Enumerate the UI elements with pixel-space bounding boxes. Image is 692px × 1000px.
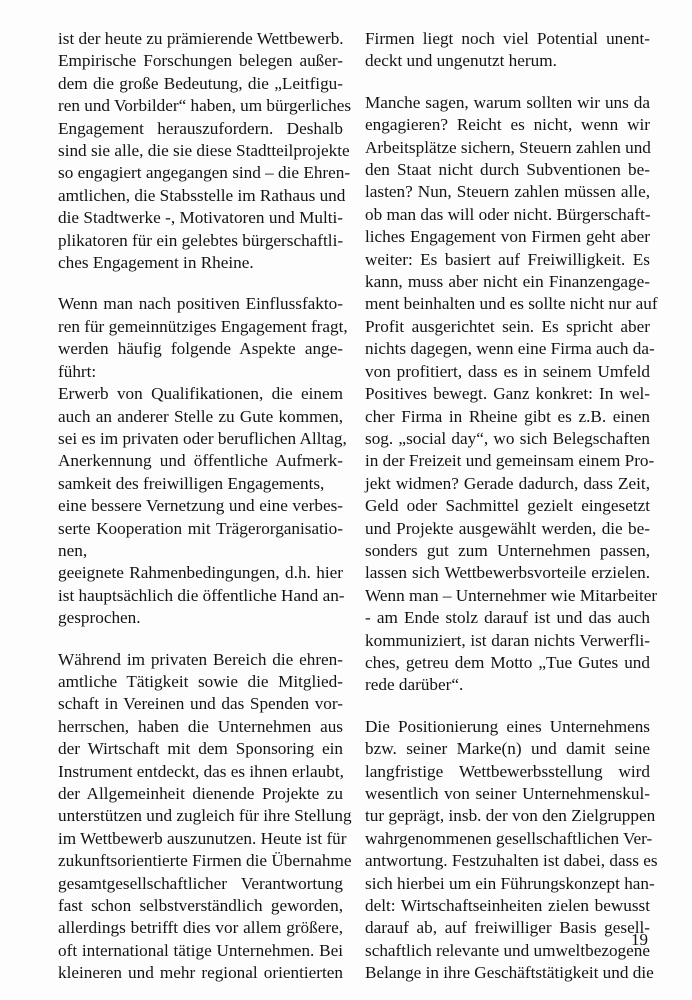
text-line: deckt und ungenutzt herum. — [365, 50, 650, 72]
text-line: sonders gut zum Unternehmen passen, — [365, 540, 650, 562]
text-line: gesprochen. — [58, 607, 343, 629]
text-line: kommuniziert, ist daran nichts Verwerfli… — [365, 630, 650, 652]
text-line: langfristige Wettbewerbsstellung wird — [365, 761, 650, 783]
paragraph: Die Positionierung eines Unternehmensbzw… — [365, 716, 650, 985]
text-line: Wenn man nach positiven Einflussfakto- — [58, 293, 343, 315]
text-line: nichts dagegen, wenn eine Firma auch da- — [365, 338, 650, 360]
text-line: eine bessere Vernetzung und eine verbes- — [58, 495, 343, 517]
text-line: so engagiert angegangen sind – die Ehren… — [58, 162, 343, 184]
document-page: ist der heute zu prämierende Wettbewerb.… — [0, 0, 692, 1000]
text-line: auch an anderer Stelle zu Gute kommen, — [58, 406, 343, 428]
text-line: Positives bewegt. Ganz konkret: In wel- — [365, 383, 650, 405]
text-line: in der Freizeit und gemeinsam einem Pro- — [365, 450, 650, 472]
text-line: Arbeitsplätze sichern, Steuern zahlen un… — [365, 137, 650, 159]
text-line: dem die große Bedeutung, die „Leitfigu- — [58, 73, 343, 95]
text-line: und Projekte ausgewählt werden, die be- — [365, 518, 650, 540]
text-line: tur geprägt, insb. der von den Zielgrupp… — [365, 805, 650, 827]
text-line: kann, muss aber nicht ein Finanzengage- — [365, 271, 650, 293]
text-line: geeignete Rahmenbedingungen, d.h. hier — [58, 562, 343, 584]
text-line: ren für gemeinnütziges Engagement fragt, — [58, 316, 343, 338]
text-line: Firmen liegt noch viel Potential unent- — [365, 28, 650, 50]
text-line: Während im privaten Bereich die ehren- — [58, 649, 343, 671]
text-line: Manche sagen, warum sollten wir uns da — [365, 92, 650, 114]
text-line: der Wirtschaft mit dem Sponsoring ein — [58, 738, 343, 760]
text-line: werden häufig folgende Aspekte ange- — [58, 338, 343, 360]
text-line: unterstützen und zugleich für ihre Stell… — [58, 805, 343, 827]
text-line: Wenn man – Unternehmer wie Mitarbeiter — [365, 585, 650, 607]
text-line: ches Engagement in Rheine. — [58, 252, 343, 274]
text-line: weiter: Es basiert auf Freiwilligkeit. E… — [365, 249, 650, 271]
text-line: lassen sich Wettbewerbsvorteile erzielen… — [365, 562, 650, 584]
paragraph: Während im privaten Bereich die ehren-am… — [58, 649, 343, 985]
text-line: nen, — [58, 540, 343, 562]
text-line: zukunftsorientierte Firmen die Übernahme — [58, 850, 343, 872]
text-line: von profitiert, dass es in seinem Umfeld — [365, 361, 650, 383]
text-line: den Staat nicht durch Subventionen be- — [365, 159, 650, 181]
text-line: ches, getreu dem Motto „Tue Gutes und — [365, 652, 650, 674]
text-line: oft international tätige Unternehmen. Be… — [58, 940, 343, 962]
text-line: plikatoren für ein gelebtes bürgerschaft… — [58, 230, 343, 252]
text-line: sind sie alle, die sie diese Stadtteilpr… — [58, 140, 343, 162]
text-line: - am Ende stolz darauf ist und das auch — [365, 607, 650, 629]
paragraph: Manche sagen, warum sollten wir uns daen… — [365, 92, 650, 697]
text-line: liches Engagement von Firmen geht aber — [365, 226, 650, 248]
paragraph: ist der heute zu prämierende Wettbewerb.… — [58, 28, 343, 274]
left-column: ist der heute zu prämierende Wettbewerb.… — [58, 28, 343, 1000]
text-line: Geld oder Sachmittel gezielt eingesetzt — [365, 495, 650, 517]
text-line: Instrument entdeckt, das es ihnen erlaub… — [58, 761, 343, 783]
text-line: darauf ab, auf freiwilliger Basis gesell… — [365, 917, 650, 939]
text-line: Anerkennung und öffentliche Aufmerk- — [58, 450, 343, 472]
text-line: schaftlich relevante und umweltbezogene — [365, 940, 650, 962]
text-line: die Stadtwerke -, Motivatoren und Multi- — [58, 207, 343, 229]
text-line: cher Firma in Rheine gibt es z.B. einen — [365, 406, 650, 428]
text-line: amtliche Tätigkeit sowie die Mitglied- — [58, 671, 343, 693]
text-line: Erwerb von Qualifikationen, die einem — [58, 383, 343, 405]
text-line: delt: Wirtschaftseinheiten zielen bewuss… — [365, 895, 650, 917]
text-line: ment beinhalten und es sollte nicht nur … — [365, 293, 650, 315]
text-line: Engagement herauszufordern. Deshalb — [58, 118, 343, 140]
right-column: Firmen liegt noch viel Potential unent-d… — [365, 28, 650, 1000]
text-line: amtlichen, die Stabsstelle im Rathaus un… — [58, 185, 343, 207]
text-line: ist hauptsächlich die öffentliche Hand a… — [58, 585, 343, 607]
text-line: schaft in Vereinen und das Spenden vor- — [58, 693, 343, 715]
text-line: ren und Vorbilder“ haben, um bürgerliche… — [58, 95, 343, 117]
text-line: engagieren? Reicht es nicht, wenn wir — [365, 114, 650, 136]
text-line: führt: — [58, 361, 343, 383]
text-line: Profit ausgerichtet sein. Es spricht abe… — [365, 316, 650, 338]
paragraph: Firmen liegt noch viel Potential unent-d… — [365, 28, 650, 73]
text-line: ist der heute zu prämierende Wettbewerb. — [58, 28, 343, 50]
text-line: herrschen, haben die Unternehmen aus — [58, 716, 343, 738]
text-line: Empirische Forschungen belegen außer- — [58, 50, 343, 72]
text-line: jekt widmen? Gerade dadurch, dass Zeit, — [365, 473, 650, 495]
text-line: allerdings betrifft dies vor allem größe… — [58, 917, 343, 939]
text-line: lasten? Nun, Steuern zahlen müssen alle, — [365, 181, 650, 203]
text-line: serte Kooperation mit Trägerorganisatio- — [58, 518, 343, 540]
text-line: antwortung. Festzuhalten ist dabei, dass… — [365, 850, 650, 872]
text-line: gesamtgesellschaftlicher Verantwortung — [58, 873, 343, 895]
text-line: im Wettbewerb auszunutzen. Heute ist für — [58, 828, 343, 850]
text-line: bzw. seiner Marke(n) und damit seine — [365, 738, 650, 760]
text-line: fast schon selbstverständlich geworden, — [58, 895, 343, 917]
text-line: Die Positionierung eines Unternehmens — [365, 716, 650, 738]
text-line: wahrgenommenen gesellschaftlichen Ver- — [365, 828, 650, 850]
text-line: kleineren und mehr regional orientierten — [58, 962, 343, 984]
text-line: rede darüber“. — [365, 674, 650, 696]
text-line: Belange in ihre Geschäftstätigkeit und d… — [365, 962, 650, 984]
text-line: sei es im privaten oder beruflichen Allt… — [58, 428, 343, 450]
page-number: 19 — [631, 930, 648, 950]
text-line: sog. „social day“, wo sich Belegschaften — [365, 428, 650, 450]
paragraph: Wenn man nach positiven Einflussfakto-re… — [58, 293, 343, 629]
text-line: der Allgemeinheit dienende Projekte zu — [58, 783, 343, 805]
text-line: ob man das will oder nicht. Bürgerschaft… — [365, 204, 650, 226]
text-line: wesentlich von seiner Unternehmenskul- — [365, 783, 650, 805]
text-line: sich hierbei um ein Führungskonzept han- — [365, 873, 650, 895]
text-line: samkeit des freiwilligen Engagements, — [58, 473, 343, 495]
